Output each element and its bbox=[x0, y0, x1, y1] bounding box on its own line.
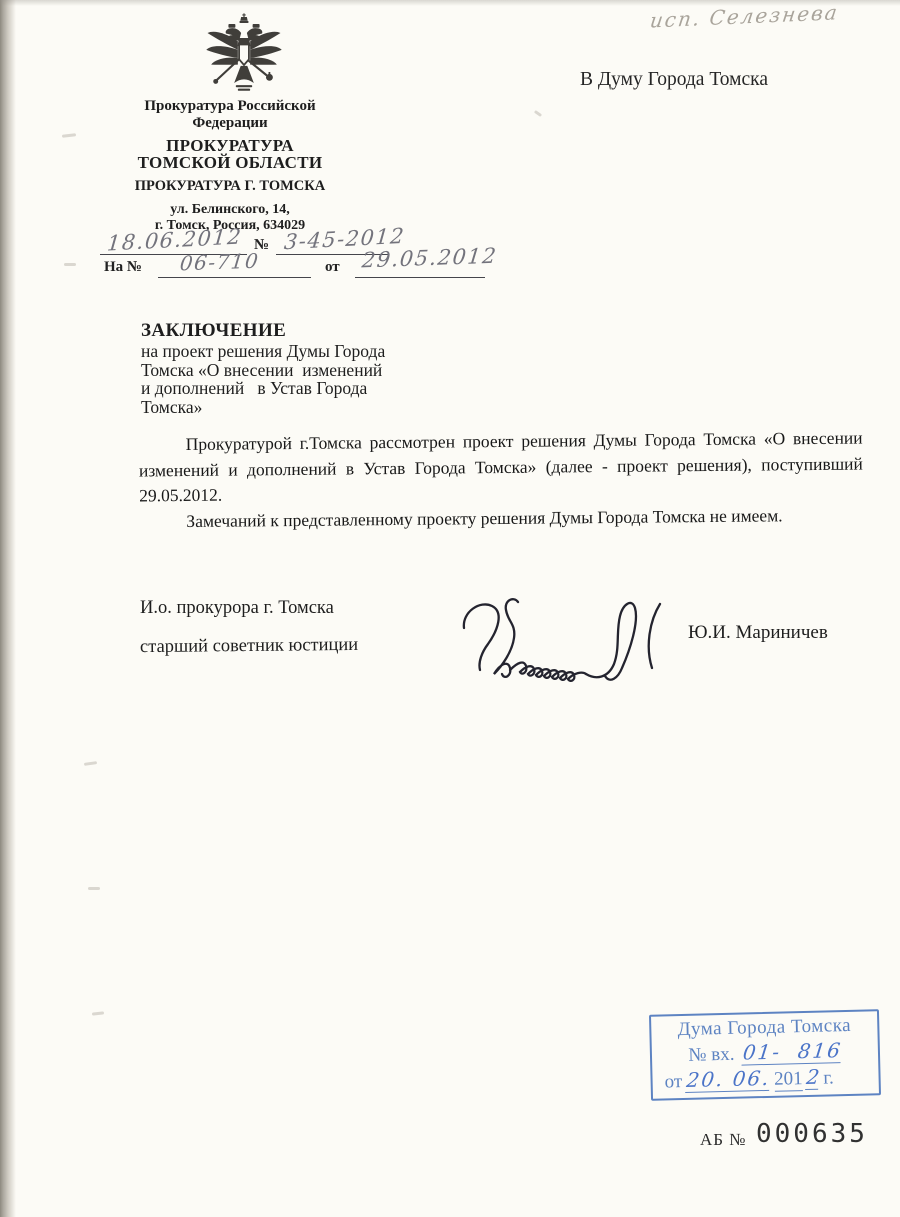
registration-stamp: Дума Города Томска № вх. 01- 816 от 20. … bbox=[649, 1009, 881, 1101]
signer-name: Ю.И. Мариничев bbox=[688, 622, 828, 644]
signer-position-line: старший советник юстиции bbox=[140, 635, 358, 658]
letterhead-address-line: ул. Белинского, 14, bbox=[80, 202, 380, 218]
document-subtitle-line: на проект решения Думы Города bbox=[141, 342, 497, 361]
letterhead-region-line: ТОМСКОЙ ОБЛАСТИ bbox=[80, 154, 380, 171]
blank-line bbox=[355, 277, 485, 278]
scan-artifact bbox=[92, 1011, 104, 1015]
scanned-letter-page: исп. Селезнева В Думу Города Томска bbox=[0, 0, 900, 1217]
document-body: Прокуратурой г.Томска рассмотрен проект … bbox=[139, 426, 864, 535]
stamp-date-label: от bbox=[664, 1071, 682, 1093]
scan-artifact bbox=[84, 761, 97, 766]
document-subtitle-line: Томска» bbox=[141, 398, 497, 417]
letterhead-region: ПРОКУРАТУРА ТОМСКОЙ ОБЛАСТИ bbox=[80, 137, 380, 171]
paragraph: Прокуратурой г.Томска рассмотрен проект … bbox=[139, 426, 864, 509]
document-subtitle-line: и дополнений в Устав Города bbox=[141, 379, 497, 398]
scan-edge-shadow bbox=[0, 0, 16, 1217]
letterhead-city-office: ПРОКУРАТУРА Г. ТОМСКА bbox=[80, 178, 380, 195]
document-title-block: ЗАКЛЮЧЕНИЕ на проект решения Думы Города… bbox=[141, 320, 497, 416]
stamp-year-printed: 201 bbox=[774, 1068, 803, 1092]
letterhead-org-line: Федерации bbox=[80, 115, 380, 132]
incoming-ref-label: На № bbox=[104, 259, 142, 276]
signer-position-line: И.о. прокурора г. Томска bbox=[140, 598, 334, 619]
scan-artifact bbox=[64, 263, 76, 266]
form-series-label: АБ № bbox=[700, 1130, 747, 1150]
stamp-incoming-number-handwritten: 01- 816 bbox=[741, 1038, 843, 1065]
double-headed-eagle-icon bbox=[203, 12, 285, 100]
document-subtitle-line: Томска «О внесении изменений bbox=[141, 361, 497, 380]
recipient-line: В Думу Города Томска bbox=[580, 69, 768, 91]
document-title: ЗАКЛЮЧЕНИЕ bbox=[141, 320, 497, 342]
stamp-year-handwritten: 2 bbox=[805, 1065, 821, 1090]
letterhead-org: Прокуратура Российской Федерации bbox=[80, 98, 380, 132]
scan-artifact bbox=[88, 887, 100, 890]
letterhead-region-line: ПРОКУРАТУРА bbox=[80, 137, 380, 154]
stamp-date-handwritten: 20. 06. bbox=[685, 1066, 772, 1093]
stamp-year-suffix: г. bbox=[823, 1067, 834, 1089]
letterhead-org-line: Прокуратура Российской bbox=[80, 98, 380, 115]
incoming-date-handwritten: 29.05.2012 bbox=[361, 244, 499, 273]
scan-artifact bbox=[534, 110, 542, 117]
incoming-number-handwritten: 06-710 bbox=[179, 249, 261, 276]
form-series-number: 000635 bbox=[756, 1119, 868, 1149]
scan-artifact bbox=[62, 133, 76, 137]
stamp-incoming-label: № вх. bbox=[688, 1044, 735, 1067]
incoming-from-label: от bbox=[325, 259, 340, 276]
blank-line bbox=[158, 277, 311, 278]
signature-scribble bbox=[452, 588, 692, 696]
